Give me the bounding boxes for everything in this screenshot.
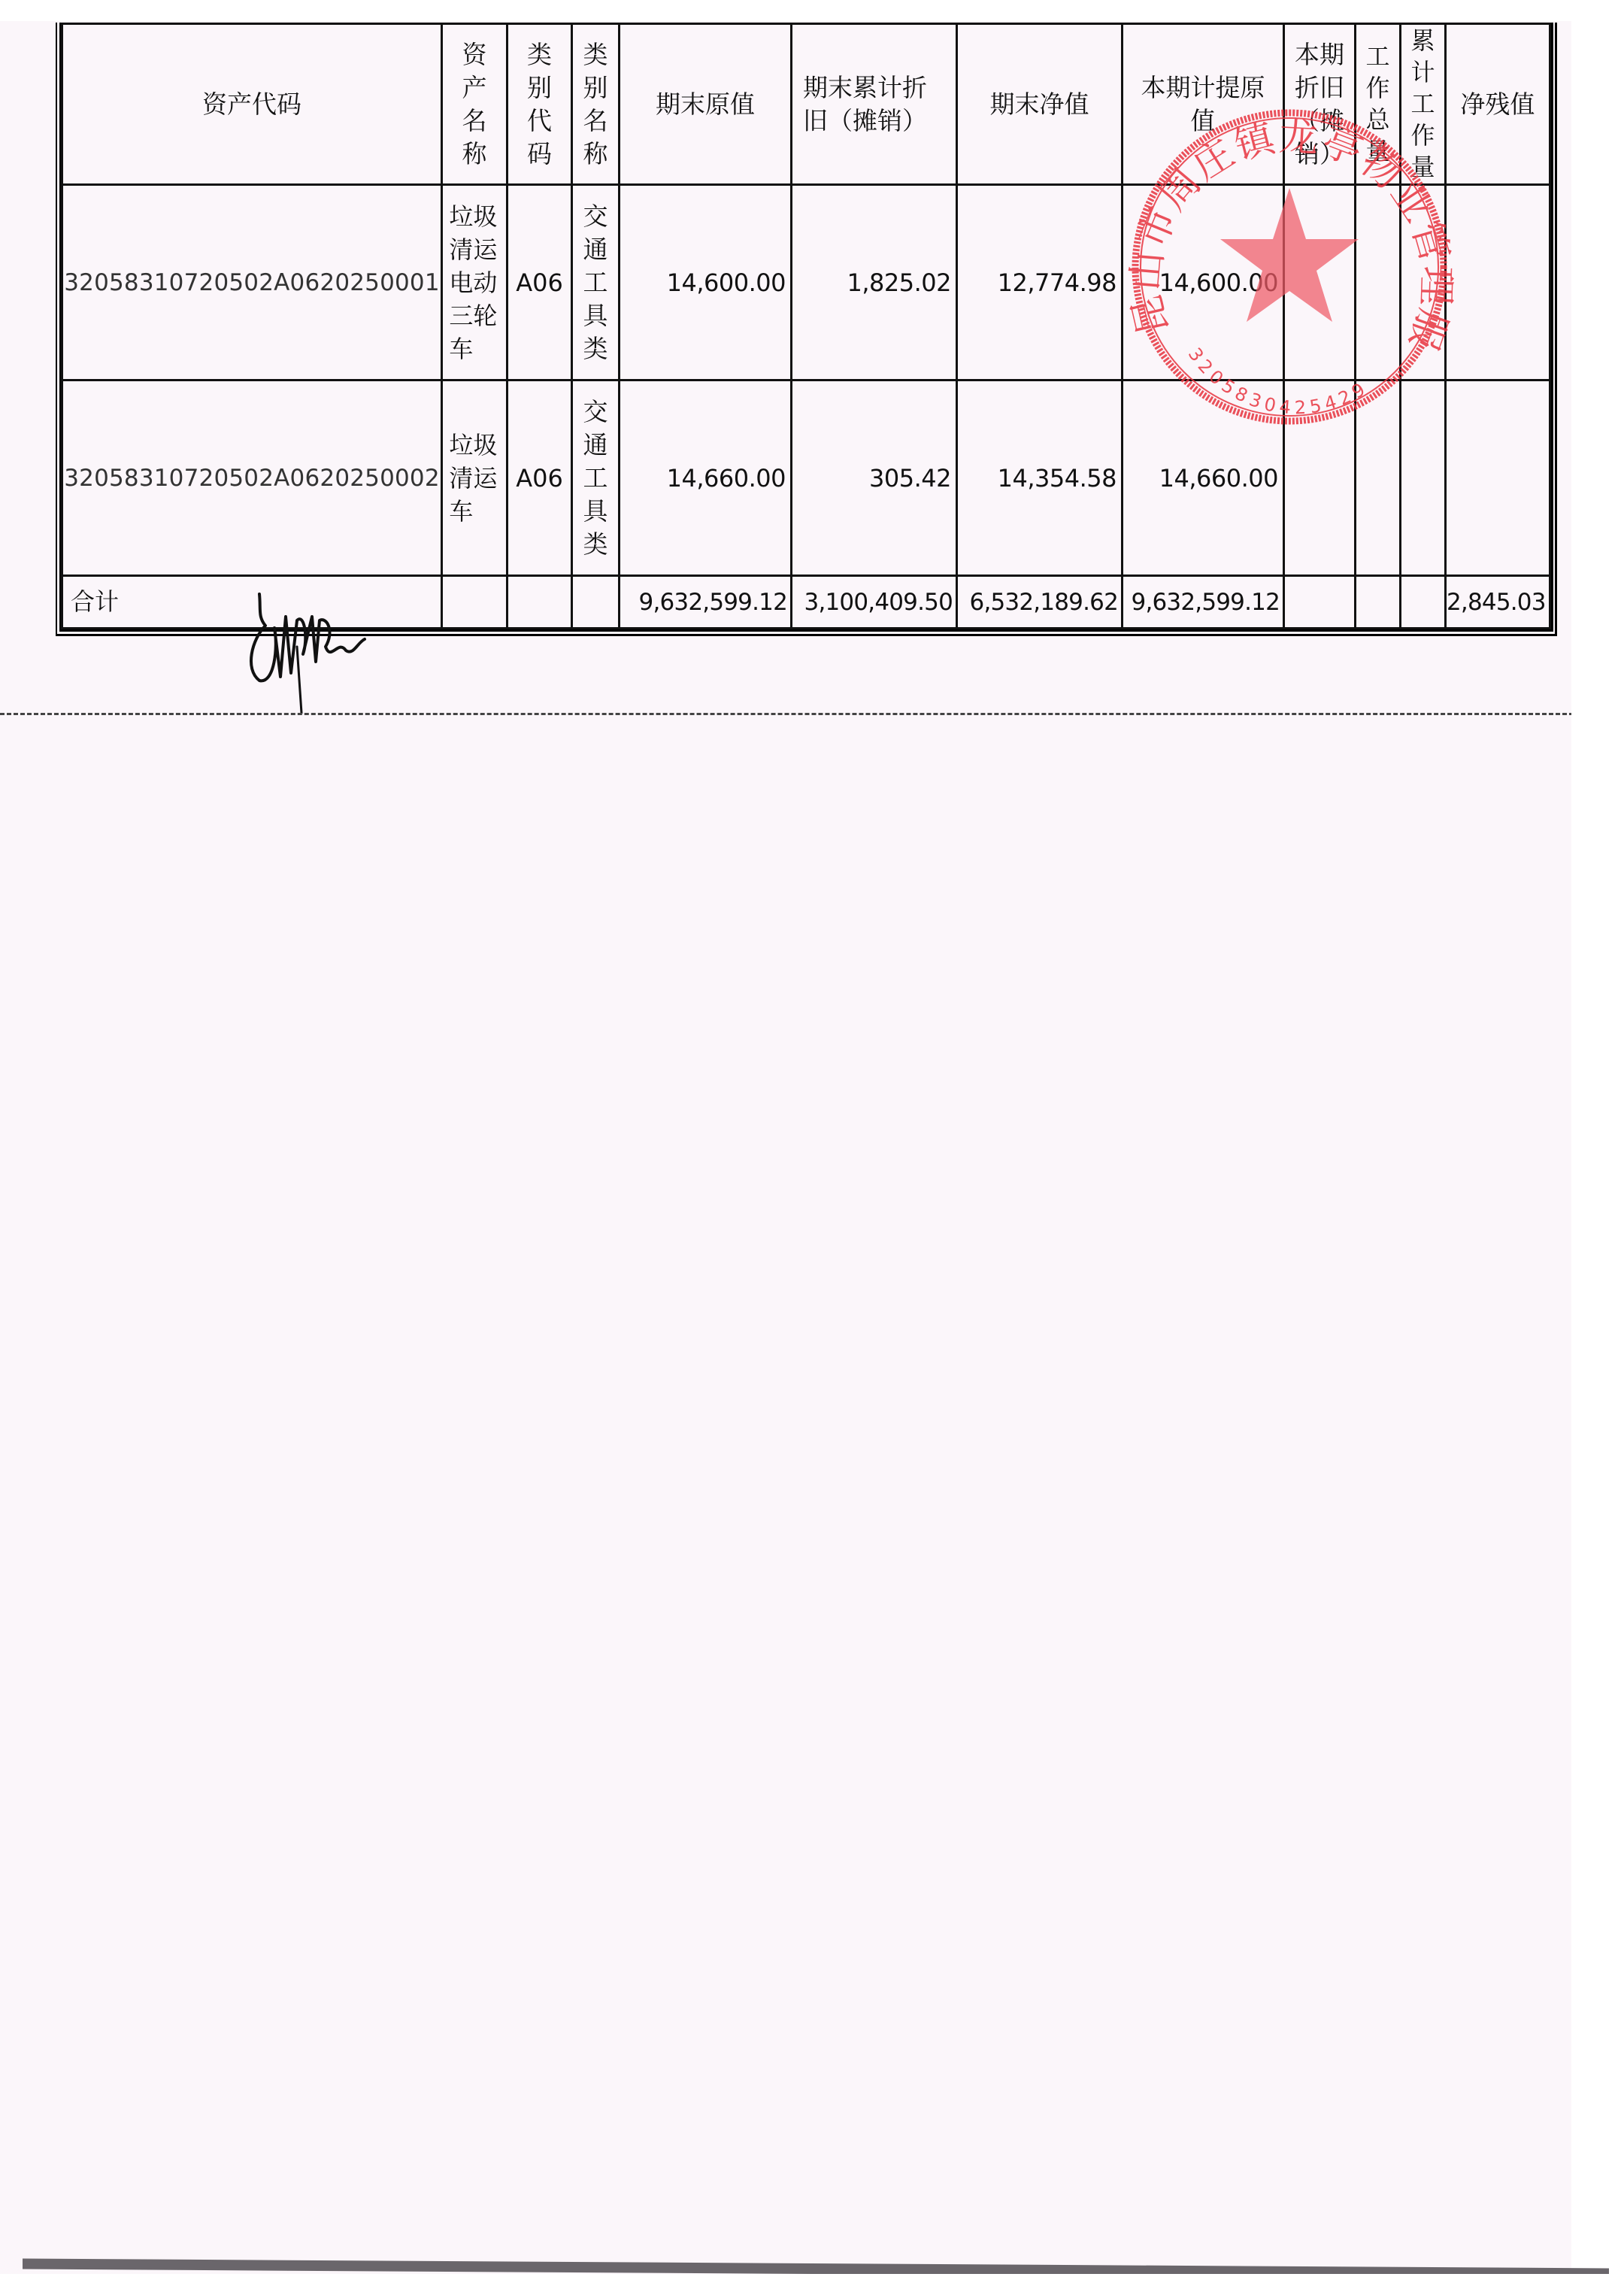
header-total-workload: 工作总量 [1356, 24, 1401, 185]
header-period-end-net-value: 期末净值 [957, 24, 1123, 185]
cell-period-end-accum-depreciation: 305.42 [792, 380, 957, 576]
page-bottom-margin [0, 2274, 1624, 2295]
table-total-row: 合计 9,632,599.12 3,100,409.50 6,532,189.6… [62, 576, 1550, 629]
cell-category-name: 交通工具类 [572, 185, 620, 380]
total-accumulated-workload-empty [1401, 576, 1446, 629]
cell-category-name-text: 交通工具类 [583, 200, 608, 365]
cell-period-end-accum-depreciation: 1,825.02 [792, 185, 957, 380]
cell-asset-name: 垃圾清运车 [442, 380, 507, 576]
cell-total-workload [1356, 380, 1401, 576]
cell-accumulated-workload [1401, 380, 1446, 576]
cell-period-end-original-value: 14,660.00 [620, 380, 792, 576]
header-category-name-text: 类别名称 [583, 38, 608, 171]
total-label: 合计 [62, 576, 442, 629]
cell-period-end-net-value: 12,774.98 [957, 185, 1123, 380]
total-net-residual-value: 2,845.03 [1446, 576, 1550, 629]
cell-period-end-net-value: 14,354.58 [957, 380, 1123, 576]
cell-asset-code: 32058310720502A0620250002 [62, 380, 442, 576]
total-period-end-original-value: 9,632,599.12 [620, 576, 792, 629]
header-asset-name-text: 资产名称 [462, 38, 487, 171]
total-period-end-net-value: 6,532,189.62 [957, 576, 1123, 629]
table-row: 32058310720502A0620250001 垃圾清运电动三轮车 A06 … [62, 185, 1550, 380]
cell-period-end-original-value: 14,600.00 [620, 185, 792, 380]
header-category-code-text: 类别代码 [527, 38, 552, 171]
header-category-name: 类别名称 [572, 24, 620, 185]
table-row: 32058310720502A0620250002 垃圾清运车 A06 交通工具… [62, 380, 1550, 576]
dashed-cut-line [0, 713, 1594, 715]
total-category-code-empty [507, 576, 572, 629]
table-header-row: 资产代码 资产名称 类别代码 类别名称 期末原值 期末累计折旧（摊销） 期末净值… [62, 24, 1550, 185]
cell-current-provision-original-value: 14,660.00 [1123, 380, 1284, 576]
header-net-residual-value: 净残值 [1446, 24, 1550, 185]
header-period-end-accum-depreciation: 期末累计折旧（摊销） [792, 24, 957, 185]
total-asset-name-empty [442, 576, 507, 629]
header-current-depreciation-text: 本期折旧（摊销） [1295, 38, 1344, 171]
header-accumulated-workload: 累计工作量 [1401, 24, 1446, 185]
cell-asset-name-text: 垃圾清运车 [449, 429, 499, 528]
cell-net-residual-value [1446, 185, 1550, 380]
header-asset-name: 资产名称 [442, 24, 507, 185]
header-current-provision-original-value-text: 本期计提原值 [1141, 73, 1265, 135]
cell-asset-name-text: 垃圾清运电动三轮车 [449, 200, 499, 365]
total-current-provision-original-value: 9,632,599.12 [1123, 576, 1284, 629]
cell-category-name-text: 交通工具类 [583, 396, 608, 561]
total-period-end-accum-depreciation: 3,100,409.50 [792, 576, 957, 629]
total-total-workload-empty [1356, 576, 1401, 629]
total-category-name-empty [572, 576, 620, 629]
page-right-margin [1571, 0, 1624, 2295]
cell-net-residual-value [1446, 380, 1550, 576]
cell-category-name: 交通工具类 [572, 380, 620, 576]
cell-current-depreciation [1284, 380, 1356, 576]
header-accumulated-workload-text: 累计工作量 [1411, 25, 1435, 183]
cell-asset-code: 32058310720502A0620250001 [62, 185, 442, 380]
header-current-depreciation: 本期折旧（摊销） [1284, 24, 1356, 185]
cell-category-code: A06 [507, 380, 572, 576]
cell-current-provision-original-value: 14,600.00 [1123, 185, 1284, 380]
header-category-code: 类别代码 [507, 24, 572, 185]
cell-total-workload [1356, 185, 1401, 380]
asset-depreciation-table-frame: 资产代码 资产名称 类别代码 类别名称 期末原值 期末累计折旧（摊销） 期末净值… [56, 23, 1557, 636]
cell-asset-name: 垃圾清运电动三轮车 [442, 185, 507, 380]
total-current-depreciation-empty [1284, 576, 1356, 629]
page-top-margin [0, 0, 1624, 21]
header-period-end-accum-depreciation-text: 期末累计折旧（摊销） [803, 73, 927, 135]
header-current-provision-original-value: 本期计提原值 [1123, 24, 1284, 185]
header-asset-code: 资产代码 [62, 24, 442, 185]
header-total-workload-text: 工作总量 [1366, 41, 1390, 167]
cell-accumulated-workload [1401, 185, 1446, 380]
asset-depreciation-table: 资产代码 资产名称 类别代码 类别名称 期末原值 期末累计折旧（摊销） 期末净值… [61, 23, 1551, 629]
header-period-end-original-value: 期末原值 [620, 24, 792, 185]
cell-category-code: A06 [507, 185, 572, 380]
cell-current-depreciation [1284, 185, 1356, 380]
